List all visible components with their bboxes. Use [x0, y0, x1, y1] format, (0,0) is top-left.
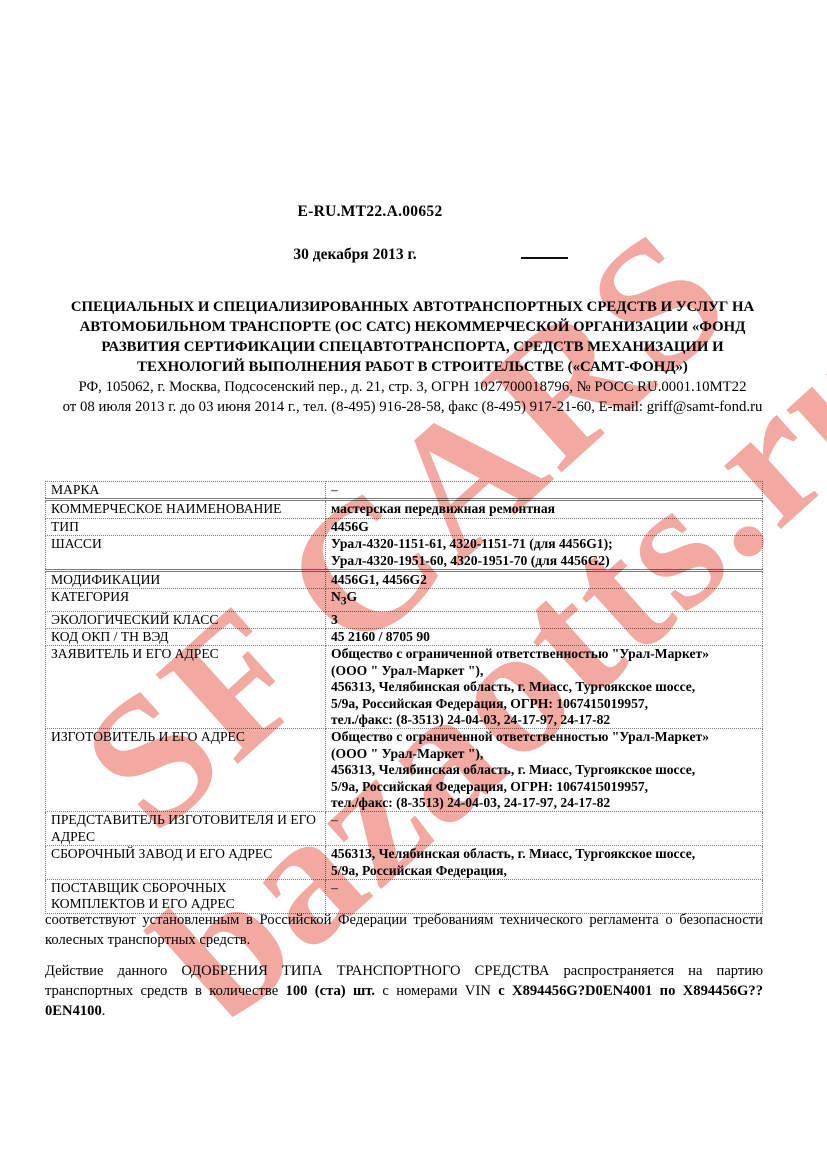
table-row: ПОСТАВЩИК СБОРОЧНЫХ КОМПЛЕКТОВ И ЕГО АДР…: [46, 880, 763, 914]
row-label: КОД ОКП / ТН ВЭД: [46, 628, 326, 645]
table-row: КОММЕРЧЕСКОЕ НАИМЕНОВАНИЕ мастерская пер…: [46, 500, 763, 518]
org-line: ТЕХНОЛОГИЙ ВЫПОЛНЕНИЯ РАБОТ В СТРОИТЕЛЬС…: [40, 357, 785, 377]
row-value: 4456G: [326, 518, 763, 535]
row-label: КАТЕГОРИЯ: [46, 589, 326, 611]
row-value: 3: [326, 611, 763, 628]
row-label: ПОСТАВЩИК СБОРОЧНЫХ КОМПЛЕКТОВ И ЕГО АДР…: [46, 880, 326, 914]
approval-number: Е-RU.МТ22.А.00652: [45, 203, 695, 221]
quantity-value: 100 (ста) шт.: [286, 983, 375, 999]
category-value: N3G: [331, 589, 757, 610]
row-value: –: [326, 880, 763, 914]
table-row: ШАССИ Урал-4320-1151-61, 4320-1151-71 (д…: [46, 536, 763, 571]
org-address-line: РФ, 105062, г. Москва, Подсосенский пер.…: [40, 377, 785, 397]
row-label: МОДИФИКАЦИИ: [46, 571, 326, 589]
table-row: ЭКОЛОГИЧЕСКИЙ КЛАСС 3: [46, 611, 763, 628]
table-row: ПРЕДСТАВИТЕЛЬ ИЗГОТОВИТЕЛЯ И ЕГО АДРЕС –: [46, 812, 763, 846]
row-label: ТИП: [46, 518, 326, 535]
row-label: ИЗГОТОВИТЕЛЬ И ЕГО АДРЕС: [46, 729, 326, 812]
table-row: МАРКА –: [46, 482, 763, 500]
certification-body-block: СПЕЦИАЛЬНЫХ И СПЕЦИАЛИЗИРОВАННЫХ АВТОТРА…: [40, 297, 785, 417]
org-line: АВТОМОБИЛЬНОМ ТРАНСПОРТЕ (ОС САТС) НЕКОМ…: [40, 317, 785, 337]
vehicle-type-table: МАРКА – КОММЕРЧЕСКОЕ НАИМЕНОВАНИЕ мастер…: [45, 481, 763, 914]
table-row: МОДИФИКАЦИИ 4456G1, 4456G2: [46, 571, 763, 589]
date-placeholder-line: [521, 257, 568, 259]
table-row: ЗАЯВИТЕЛЬ И ЕГО АДРЕС Общество с огранич…: [46, 646, 763, 729]
approval-date: 30 декабря 2013 г.: [45, 246, 665, 264]
row-label: ПРЕДСТАВИТЕЛЬ ИЗГОТОВИТЕЛЯ И ЕГО АДРЕС: [46, 812, 326, 846]
table-row: КОД ОКП / ТН ВЭД 45 2160 / 8705 90: [46, 628, 763, 645]
row-label: ЭКОЛОГИЧЕСКИЙ КЛАСС: [46, 611, 326, 628]
table-row: ИЗГОТОВИТЕЛЬ И ЕГО АДРЕС Общество с огра…: [46, 729, 763, 812]
row-label: ЗАЯВИТЕЛЬ И ЕГО АДРЕС: [46, 646, 326, 729]
org-line: СПЕЦИАЛЬНЫХ И СПЕЦИАЛИЗИРОВАННЫХ АВТОТРА…: [40, 297, 785, 317]
row-label: ШАССИ: [46, 536, 326, 571]
org-line: РАЗВИТИЯ СЕРТИФИКАЦИИ СПЕЦАВТОТРАНСПОРТА…: [40, 337, 785, 357]
row-value: Урал-4320-1151-61, 4320-1151-71 (для 445…: [326, 536, 763, 571]
org-contacts-line: от 08 июля 2013 г. до 03 июня 2014 г., т…: [40, 397, 785, 417]
row-value: –: [326, 812, 763, 846]
row-value: 45 2160 / 8705 90: [326, 628, 763, 645]
row-value: Общество с ограниченной ответственностью…: [326, 729, 763, 812]
row-label: СБОРОЧНЫЙ ЗАВОД И ЕГО АДРЕС: [46, 846, 326, 880]
row-value: –: [326, 482, 763, 500]
row-value: мастерская передвижная ремонтная: [326, 500, 763, 518]
action-paragraph: Действие данного ОДОБРЕНИЯ ТИПА ТРАНСПОР…: [45, 961, 763, 1021]
row-value: N3G: [326, 589, 763, 611]
conformity-paragraph: соответствуют установленным в Российской…: [45, 910, 763, 950]
row-label: КОММЕРЧЕСКОЕ НАИМЕНОВАНИЕ: [46, 500, 326, 518]
table-row: ТИП 4456G: [46, 518, 763, 535]
row-label: МАРКА: [46, 482, 326, 500]
row-value: 4456G1, 4456G2: [326, 571, 763, 589]
table-row: СБОРОЧНЫЙ ЗАВОД И ЕГО АДРЕС 456313, Челя…: [46, 846, 763, 880]
row-value: 456313, Челябинская область, г. Миасс, Т…: [326, 846, 763, 880]
table-row: КАТЕГОРИЯ N3G: [46, 589, 763, 611]
row-value: Общество с ограниченной ответственностью…: [326, 646, 763, 729]
